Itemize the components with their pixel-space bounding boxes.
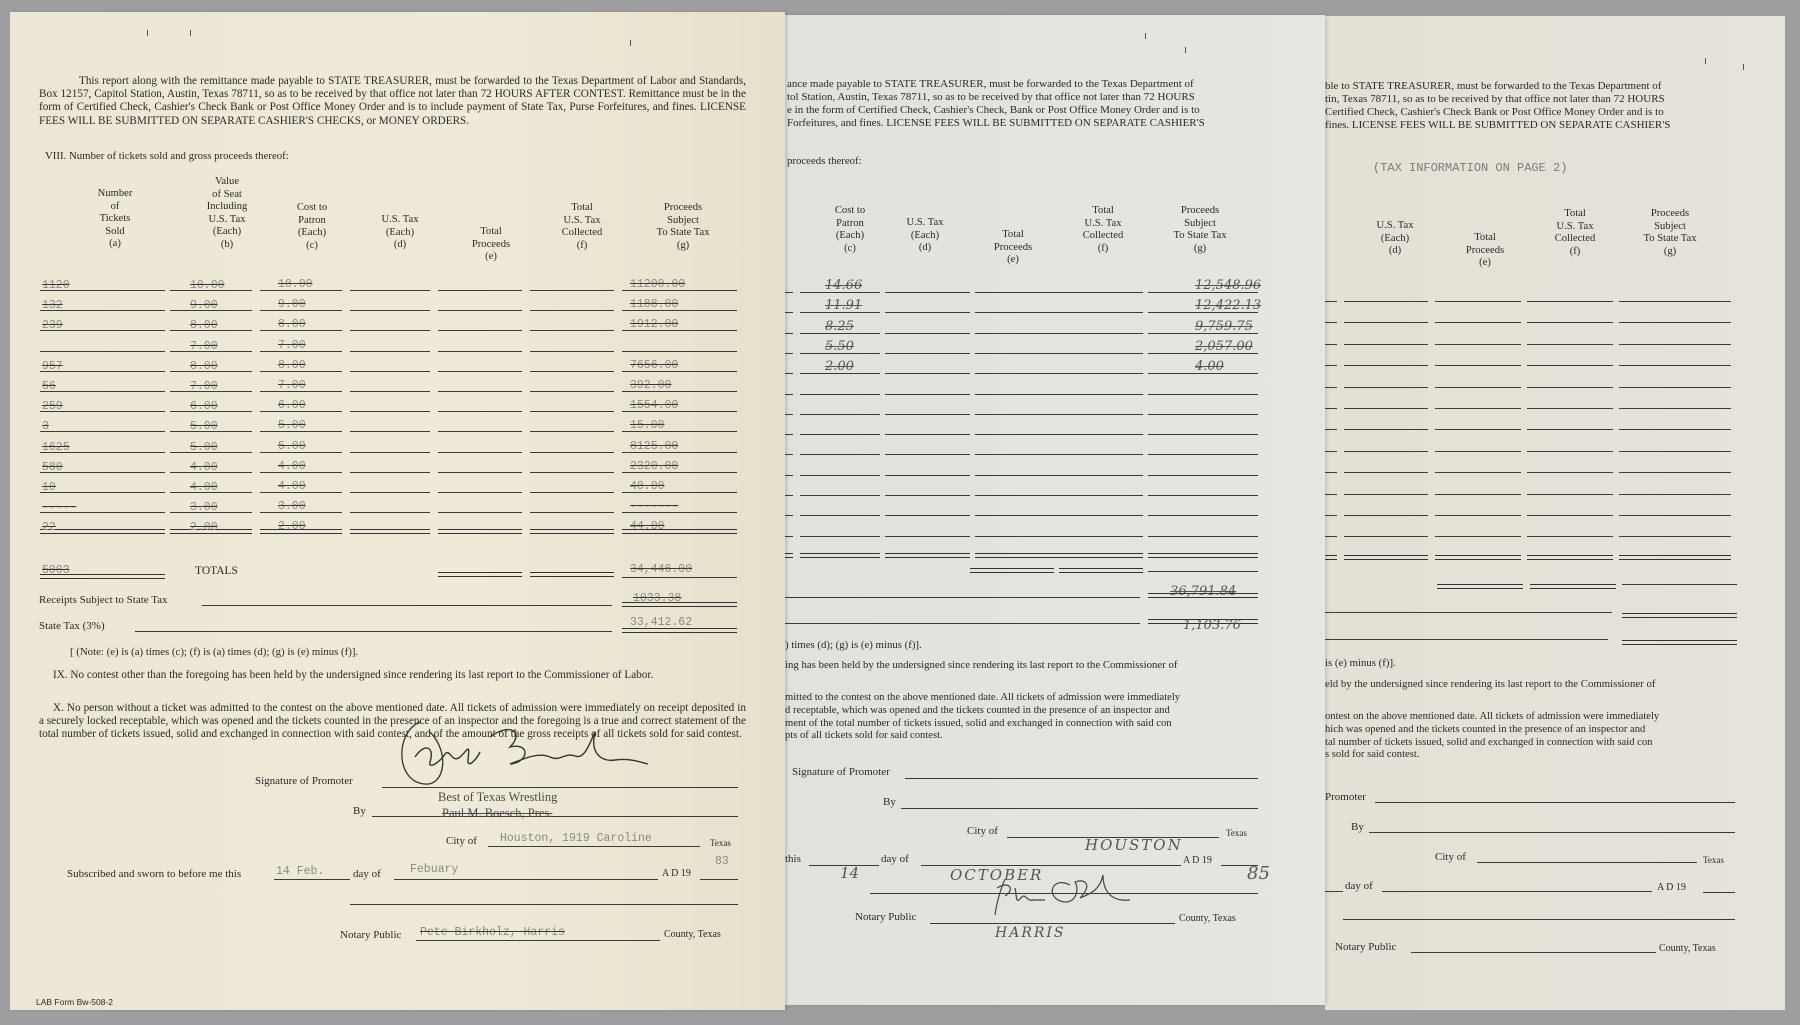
city-value: Houston, 1919 Caroline [500, 832, 652, 845]
entry-rule [785, 373, 793, 374]
entry-rule [350, 290, 430, 291]
totals-g-rule [1622, 584, 1737, 585]
entry-rule [1344, 451, 1428, 452]
entry-rule [40, 431, 165, 432]
tickets-sold-value: 132 [42, 299, 63, 312]
entry-rule [1435, 555, 1521, 560]
cost-to-patron-value: 8.25 [825, 319, 854, 334]
receipts-value: 36,791.84 [1170, 584, 1236, 599]
entry-rule [885, 454, 970, 455]
entry-rule [1059, 394, 1143, 395]
entry-rule [1619, 515, 1731, 516]
cost-to-patron-value: 5.00 [278, 440, 306, 453]
entry-rule [1344, 365, 1428, 366]
entry-rule [530, 472, 614, 473]
seat-value: 8.00 [190, 319, 218, 332]
entry-rule [1059, 495, 1143, 496]
seat-value: 2.00 [190, 521, 218, 534]
entry-rule [530, 411, 614, 412]
cost-to-patron-value: 14.66 [825, 278, 862, 293]
cost-to-patron-value: 4.00 [278, 480, 306, 493]
column-header-d: U.S. Tax (Each) (d) [1345, 220, 1445, 258]
entry-rule [785, 495, 793, 496]
proceeds-subject-value: 4.00 [1195, 359, 1224, 374]
entry-rule [975, 553, 1059, 558]
cost-to-patron-value: 7.00 [278, 379, 306, 392]
entry-rule [1527, 494, 1613, 495]
totals-f-rule [1059, 568, 1143, 573]
tickets-sold-value: 239 [42, 319, 63, 332]
state-tax-rule [135, 631, 612, 632]
entry-rule [1527, 472, 1613, 473]
ad-label: A D 19 [1657, 882, 1686, 893]
entry-rule [1527, 555, 1613, 560]
section-x-fragment: mitted to the contest on the above menti… [785, 692, 1180, 743]
entry-rule [1148, 515, 1258, 516]
entry-rule [438, 371, 522, 372]
form-page-2: ance made payable to STATE TREASURER, mu… [785, 15, 1325, 1005]
entry-rule [975, 475, 1059, 476]
entry-rule [530, 371, 614, 372]
entry-rule [1059, 292, 1143, 293]
entry-rule [1059, 536, 1143, 537]
entry-rule [1325, 536, 1337, 537]
entry-rule [1325, 451, 1337, 452]
day-rule [1325, 891, 1343, 892]
by-stamp: Paul M. Boesch, Pres. [442, 806, 552, 821]
year-rule [700, 879, 738, 880]
day-value: 14 [840, 864, 859, 882]
tickets-sold-value: 957 [42, 360, 63, 373]
section-x-line: tal number of tickets issued, solid and … [1325, 737, 1659, 750]
entry-rule [1059, 553, 1143, 558]
proceeds-subject-value: 7656.00 [630, 359, 678, 372]
entry-rule [800, 536, 880, 537]
totals-e-rule [438, 572, 522, 577]
by-label: By [1351, 821, 1364, 833]
entry-rule [1059, 454, 1143, 455]
signature-label: Signature of Promoter [792, 766, 890, 778]
entry-rule [1435, 301, 1521, 302]
cost-to-patron-value: 5.00 [278, 419, 306, 432]
entry-rule [1148, 553, 1258, 558]
tickets-sold-value: 259 [42, 400, 63, 413]
entry-rule [1527, 387, 1613, 388]
proceeds-subject-value: 392.00 [630, 379, 671, 392]
county-label: County, Texas [1659, 943, 1716, 954]
entry-rule [1344, 387, 1428, 388]
column-header-e: Total Proceeds (e) [1435, 232, 1535, 270]
ad-label: A D 19 [662, 868, 691, 879]
entry-rule [1325, 494, 1337, 495]
notary-label: Notary Public [1335, 941, 1396, 953]
entry-rule [1325, 301, 1337, 302]
entry-rule [1148, 454, 1258, 455]
tickets-sold-value: ----- [42, 501, 77, 514]
by-label: By [353, 805, 366, 817]
column-header-e: Total Proceeds (e) [441, 226, 541, 264]
section-x-line: ontest on the above mentioned date. All … [1325, 711, 1659, 724]
section-ix-fragment: ing has been held by the undersigned sin… [785, 659, 1178, 671]
form-page-1: This report along with the remittance ma… [10, 12, 785, 1010]
entry-rule [1619, 344, 1731, 345]
entry-rule [1435, 387, 1521, 388]
entry-rule [1619, 387, 1731, 388]
entry-rule [40, 492, 165, 493]
section-x-line: ment of the total number of tickets issu… [785, 718, 1180, 731]
entry-rule [1619, 555, 1731, 560]
entry-rule [1325, 408, 1337, 409]
seat-value: 7.00 [190, 380, 218, 393]
texas-label: Texas [1703, 855, 1724, 865]
entry-rule [1527, 408, 1613, 409]
entry-rule [800, 394, 880, 395]
day-of-label: day of [353, 868, 381, 880]
entry-rule [350, 411, 430, 412]
entry-rule [1619, 536, 1731, 537]
seat-value: 5.00 [190, 441, 218, 454]
entry-rule [1527, 451, 1613, 452]
instructions-fragment: ance made payable to STATE TREASURER, mu… [787, 78, 1205, 130]
instruction-line: tol Station, Austin, Texas 78711, so as … [787, 91, 1205, 104]
section-viii-fragment: proceeds thereof: [787, 155, 862, 167]
entry-rule [1059, 333, 1143, 334]
entry-rule [1148, 475, 1258, 476]
notary-signature-rule [1343, 919, 1735, 920]
entry-rule [438, 330, 522, 331]
entry-rule [785, 553, 793, 558]
receipts-rule [1325, 612, 1612, 613]
promoter-signature [390, 712, 650, 792]
city-label: City of [446, 835, 477, 847]
entry-rule [885, 333, 970, 334]
entry-rule [530, 290, 614, 291]
entry-rule [885, 292, 970, 293]
column-header-f: Total U.S. Tax Collected (f) [532, 202, 632, 252]
notary-signature [975, 870, 1135, 920]
entry-rule [1435, 472, 1521, 473]
entry-rule [438, 391, 522, 392]
promoter-stamp: Best of Texas Wrestling [438, 790, 557, 805]
entry-rule [1527, 365, 1613, 366]
entry-rule [785, 434, 793, 435]
receipts-label: Receipts Subject to State Tax [39, 594, 168, 606]
section-x-line: d receptable, which was opened and the t… [785, 705, 1180, 718]
notary-rule [416, 940, 660, 941]
entry-rule [885, 414, 970, 415]
proceeds-subject-value: 1912.00 [630, 318, 678, 331]
city-label: City of [967, 825, 998, 837]
tax-info-note: (TAX INFORMATION ON PAGE 2) [1373, 161, 1567, 175]
seat-value: 3.00 [190, 501, 218, 514]
seat-value: 10.00 [190, 279, 225, 292]
entry-rule [975, 536, 1059, 537]
year-rule [1703, 892, 1735, 893]
tickets-sold-value: 22 [42, 521, 56, 534]
entry-rule [800, 475, 880, 476]
day-rule [274, 879, 350, 880]
entry-rule [1059, 515, 1143, 516]
entry-rule [975, 292, 1059, 293]
entry-rule [1435, 365, 1521, 366]
entry-rule [350, 512, 430, 513]
entry-rule [40, 391, 165, 392]
proceeds-subject-value: 12,422.13 [1195, 298, 1261, 313]
day-of-label: day of [1345, 880, 1373, 892]
totals-f-rule [1530, 584, 1616, 589]
tickets-sold-value: 1625 [42, 441, 70, 454]
day-of-label: day of [881, 853, 909, 865]
entry-rule [40, 351, 165, 352]
by-rule [1369, 832, 1735, 833]
signature-label: Promoter [1325, 791, 1366, 803]
form-id: LAB Form Bw-508-2 [36, 997, 113, 1007]
instruction-line: Forfeitures, and fines. LICENSE FEES WIL… [787, 117, 1205, 130]
entry-rule [438, 310, 522, 311]
totals-g-rule [622, 577, 737, 578]
entry-rule [885, 515, 970, 516]
section-x-line: mitted to the contest on the above menti… [785, 692, 1180, 705]
cost-to-patron-value: 11.91 [825, 298, 862, 313]
entry-rule [1527, 429, 1613, 430]
entry-rule [530, 529, 614, 534]
entry-rule [1344, 555, 1428, 560]
seat-value: 4.00 [190, 481, 218, 494]
day-value: 14 Feb. [276, 865, 324, 878]
entry-rule [40, 529, 165, 534]
entry-rule [1619, 408, 1731, 409]
entry-rule [800, 414, 880, 415]
entry-rule [1344, 322, 1428, 323]
entry-rule [1619, 429, 1731, 430]
state-tax-rule [785, 623, 1140, 624]
entry-rule [975, 312, 1059, 313]
entry-rule [1527, 515, 1613, 516]
entry-rule [1435, 536, 1521, 537]
instruction-line: e in the form of Certified Check, Cashie… [787, 104, 1205, 117]
entry-rule [1059, 434, 1143, 435]
tickets-sold-value: 1120 [42, 279, 70, 292]
entry-rule [1325, 555, 1337, 560]
totals-tickets-value: 5003 [42, 564, 70, 577]
totals-e-rule [1437, 584, 1523, 589]
city-value: HOUSTON [1085, 836, 1183, 854]
proceeds-subject-value: ------- [630, 500, 678, 513]
proceeds-subject-value: 44.00 [630, 520, 665, 533]
cost-to-patron-value: 8.00 [278, 359, 306, 372]
entry-rule [1527, 301, 1613, 302]
section-ix-fragment: eld by the undersigned since rendering i… [1325, 678, 1655, 690]
month-rule [394, 879, 658, 880]
section-x-line: s sold for said contest. [1325, 749, 1659, 762]
entry-rule [885, 553, 970, 558]
year-value: 85 [1247, 863, 1270, 884]
ad-label: A D 19 [1183, 855, 1212, 866]
proceeds-subject-value: 15.00 [630, 419, 665, 432]
entry-rule [1059, 373, 1143, 374]
entry-rule [1619, 301, 1731, 302]
entry-rule [1527, 536, 1613, 537]
seat-value: 7.00 [190, 340, 218, 353]
entry-rule [975, 515, 1059, 516]
signature-rule [1375, 802, 1735, 803]
county-label: County, Texas [1179, 913, 1236, 924]
entry-rule [975, 414, 1059, 415]
punch-mark [190, 30, 191, 36]
column-header-a: Number of Tickets Sold (a) [60, 188, 170, 251]
instructions-fragment: ble to STATE TREASURER, must be forwarde… [1325, 80, 1670, 132]
entry-rule [1344, 344, 1428, 345]
state-tax-label: State Tax (3%) [39, 620, 105, 632]
entry-rule [1344, 429, 1428, 430]
proceeds-subject-value: 40.00 [630, 480, 665, 493]
entry-rule [975, 333, 1059, 334]
proceeds-subject-value: 9,759.75 [1195, 319, 1253, 334]
entry-rule [530, 391, 614, 392]
section-x-line: pts of all tickets sold for said contest… [785, 730, 1180, 743]
receipts-value-rule [1622, 613, 1737, 618]
seat-value: 5.00 [190, 420, 218, 433]
entry-rule [350, 492, 430, 493]
tickets-sold-value: 580 [42, 461, 63, 474]
entry-rule [350, 452, 430, 453]
entry-rule [1325, 472, 1337, 473]
notary-label: Notary Public [855, 911, 916, 923]
signature-rule [905, 778, 1258, 779]
entry-rule [1059, 475, 1143, 476]
punch-mark [1743, 64, 1744, 70]
entry-rule [1148, 536, 1258, 537]
proceeds-subject-value: 2,057.00 [1195, 339, 1253, 354]
entry-rule [1619, 472, 1731, 473]
entry-rule [800, 495, 880, 496]
county-label: County, Texas [664, 929, 721, 940]
entry-rule [1344, 515, 1428, 516]
entry-rule [975, 454, 1059, 455]
month-rule [1382, 891, 1652, 892]
entry-rule [975, 353, 1059, 354]
entry-rule [350, 431, 430, 432]
entry-rule [530, 330, 614, 331]
entry-rule [785, 353, 793, 354]
entry-rule [1344, 472, 1428, 473]
entry-rule [1325, 344, 1337, 345]
section-ix-text: IX. No contest other than the foregoing … [39, 669, 746, 682]
entry-rule [785, 312, 793, 313]
seat-value: 8.00 [190, 360, 218, 373]
column-header-g: Proceeds Subject To State Tax (g) [1615, 208, 1725, 258]
signature-label: Signature of Promoter [255, 775, 353, 787]
entry-rule [438, 472, 522, 473]
entry-rule [438, 351, 522, 352]
entry-rule [1325, 515, 1337, 516]
entry-rule [438, 452, 522, 453]
state-tax-value-rule [622, 628, 737, 633]
entry-rule [1435, 494, 1521, 495]
entry-rule [800, 553, 880, 558]
city-label: City of [1435, 851, 1466, 863]
entry-rule [1344, 536, 1428, 537]
entry-rule [1435, 451, 1521, 452]
entry-rule [785, 475, 793, 476]
totals-proceeds-value: 34,446.00 [630, 563, 692, 576]
entry-rule [438, 290, 522, 291]
form-page-3: ble to STATE TREASURER, must be forwarde… [1325, 16, 1785, 1010]
entry-rule [1344, 494, 1428, 495]
entry-rule [1619, 365, 1731, 366]
note-text: [ (Note: (e) is (a) times (c); (f) is (a… [70, 646, 358, 658]
entry-rule [530, 351, 614, 352]
entry-rule [885, 495, 970, 496]
entry-rule [1344, 301, 1428, 302]
column-header-c: Cost to Patron (Each) (c) [262, 202, 362, 252]
entry-rule [530, 431, 614, 432]
seat-value: 9.00 [190, 299, 218, 312]
texas-label: Texas [1226, 828, 1247, 838]
punch-mark [1705, 58, 1706, 64]
entry-rule [785, 414, 793, 415]
city-rule [1477, 862, 1697, 863]
cost-to-patron-value: 2.00 [278, 520, 306, 533]
cost-to-patron-value: 5.50 [825, 339, 854, 354]
entry-rule [800, 434, 880, 435]
notary-signature-rule [350, 904, 738, 905]
entry-rule [785, 333, 793, 334]
entry-rule [1059, 312, 1143, 313]
entry-rule [1527, 322, 1613, 323]
punch-mark [1185, 47, 1186, 53]
entry-rule [885, 434, 970, 435]
entry-rule [530, 310, 614, 311]
cost-to-patron-value: 4.00 [278, 460, 306, 473]
entry-rule [785, 292, 793, 293]
entry-rule [1435, 344, 1521, 345]
entry-rule [885, 373, 970, 374]
instructions-paragraph: This report along with the remittance ma… [39, 75, 746, 128]
proceeds-subject-value: 2320.00 [630, 460, 678, 473]
entry-rule [885, 353, 970, 354]
by-rule [901, 808, 1258, 809]
entry-rule [1435, 408, 1521, 409]
receipts-rule [785, 597, 1140, 598]
tickets-sold-value: 10 [42, 481, 56, 494]
entry-rule [785, 454, 793, 455]
entry-rule [1148, 495, 1258, 496]
entry-rule [350, 391, 430, 392]
cost-to-patron-value: 10.00 [278, 278, 313, 291]
proceeds-subject-value: 8125.00 [630, 440, 678, 453]
instruction-line: tin, Texas 78711, so as to be received b… [1325, 93, 1670, 106]
column-header-g: Proceeds Subject To State Tax (g) [1145, 205, 1255, 255]
entry-rule [885, 312, 970, 313]
notary-rule [1411, 952, 1656, 953]
section-x-fragment: ontest on the above mentioned date. All … [1325, 711, 1659, 762]
month-value: Febuary [410, 863, 458, 876]
entry-rule [1059, 353, 1143, 354]
city-rule [488, 846, 700, 847]
entry-rule [438, 411, 522, 412]
entry-rule [800, 454, 880, 455]
tickets-sold-value: 3 [42, 420, 49, 433]
column-header-d: U.S. Tax (Each) (d) [875, 217, 975, 255]
totals-e-rule [970, 568, 1054, 573]
entry-rule [438, 512, 522, 513]
entry-rule [785, 536, 793, 537]
entry-rule [975, 394, 1059, 395]
proceeds-subject-value: 1188.00 [630, 298, 678, 311]
entry-rule [530, 452, 614, 453]
notary-value: Pete Birkholz, Harris [420, 926, 565, 939]
